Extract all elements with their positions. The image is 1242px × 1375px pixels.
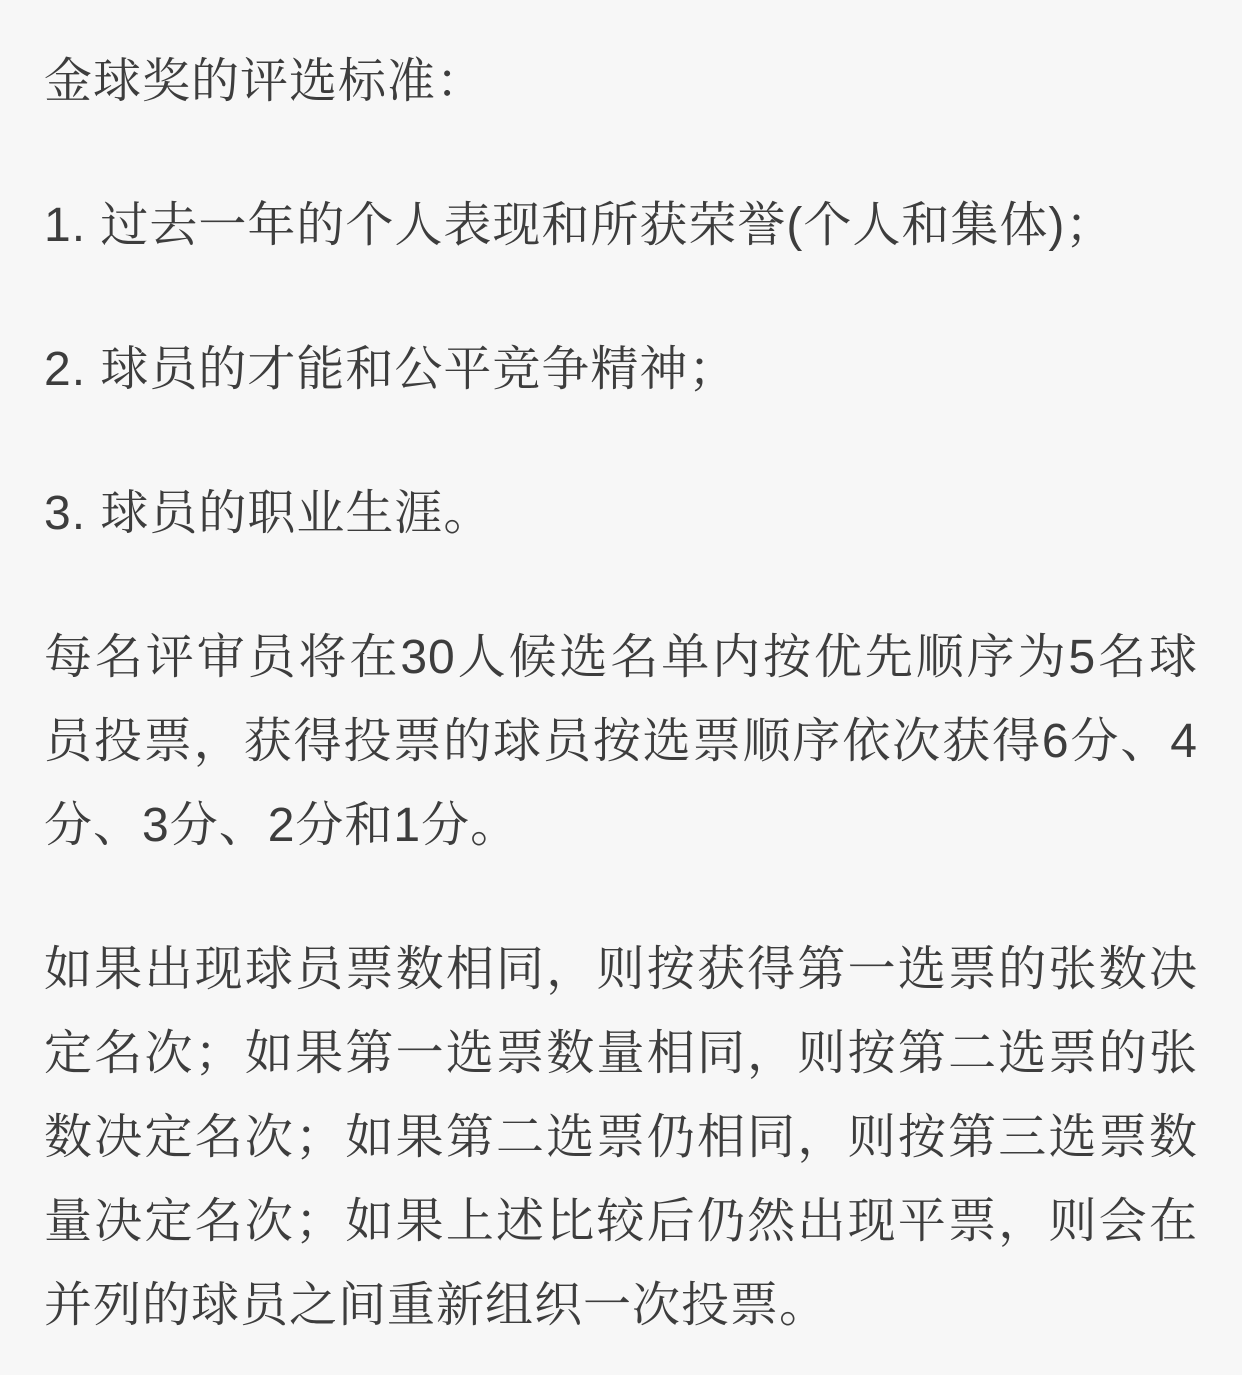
criterion-item-3: 3. 球员的职业生涯。 <box>44 472 1198 556</box>
criterion-item-2: 2. 球员的才能和公平竞争精神； <box>44 328 1198 412</box>
tiebreak-procedure-paragraph: 如果出现球员票数相同，则按获得第一选票的张数决定名次；如果第一选票数量相同，则按… <box>44 928 1198 1348</box>
voting-procedure-paragraph: 每名评审员将在30人候选名单内按优先顺序为5名球员投票，获得投票的球员按选票顺序… <box>44 616 1198 868</box>
section-title: 金球奖的评选标准： <box>44 40 1198 124</box>
article-text-page: 金球奖的评选标准： 1. 过去一年的个人表现和所获荣誉(个人和集体)； 2. 球… <box>0 0 1242 1375</box>
criterion-item-1: 1. 过去一年的个人表现和所获荣誉(个人和集体)； <box>44 184 1198 268</box>
